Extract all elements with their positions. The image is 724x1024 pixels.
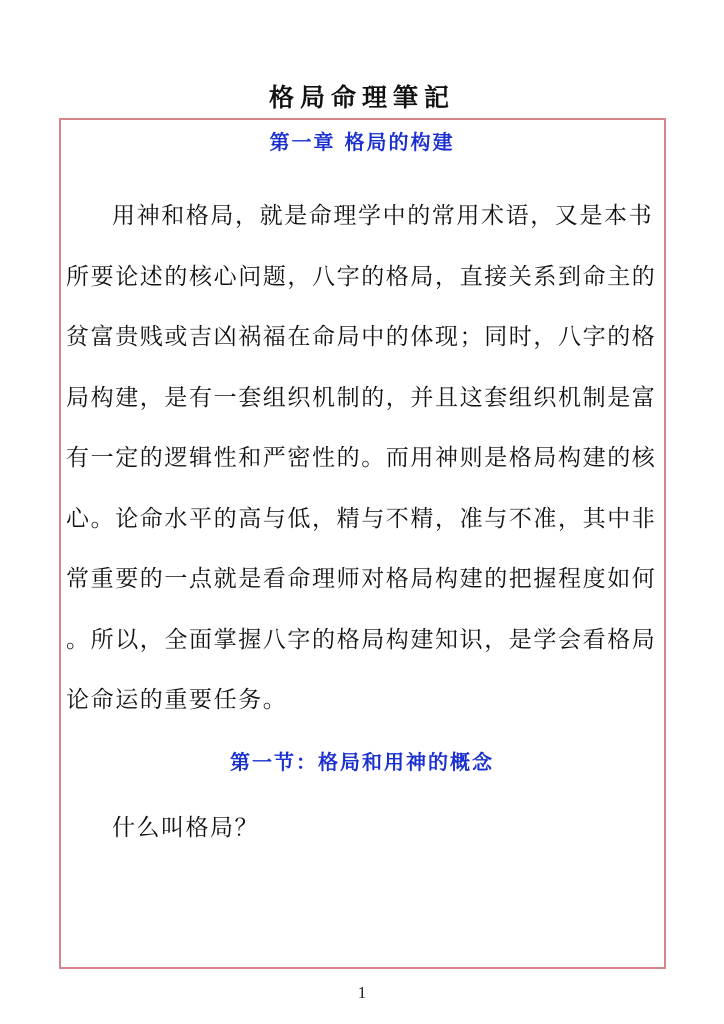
paragraph-line: 局构建，是有一套组织机制的，并且这套组织机制是富 xyxy=(66,368,660,429)
paragraph-line: 常重要的一点就是看命理师对格局构建的把握程度如何 xyxy=(66,549,660,610)
paragraph-line: 所要论述的核心问题，八字的格局，直接关系到命主的 xyxy=(66,247,660,308)
body-paragraph: 用神和格局，就是命理学中的常用术语，又是本书 所要论述的核心问题，八字的格局，直… xyxy=(66,186,660,731)
paragraph-line: 贫富贵贱或吉凶祸福在命局中的体现；同时，八字的格 xyxy=(66,307,660,368)
paragraph-line: 。所以，全面掌握八字的格局构建知识，是学会看格局 xyxy=(66,610,660,671)
section-heading: 第一节：格局和用神的概念 xyxy=(0,748,724,776)
question-text: 什么叫格局？ xyxy=(112,812,259,844)
paragraph-line: 论命运的重要任务。 xyxy=(66,670,660,731)
paragraph-line: 有一定的逻辑性和严密性的。而用神则是格局构建的核 xyxy=(66,428,660,489)
document-title: 格局命理筆記 xyxy=(0,82,724,114)
chapter-heading: 第一章 格局的构建 xyxy=(0,128,724,156)
paragraph-line: 心。论命水平的高与低，精与不精，准与不准，其中非 xyxy=(66,489,660,550)
paragraph-line: 用神和格局，就是命理学中的常用术语，又是本书 xyxy=(66,186,660,247)
page-number: 1 xyxy=(0,982,724,1004)
